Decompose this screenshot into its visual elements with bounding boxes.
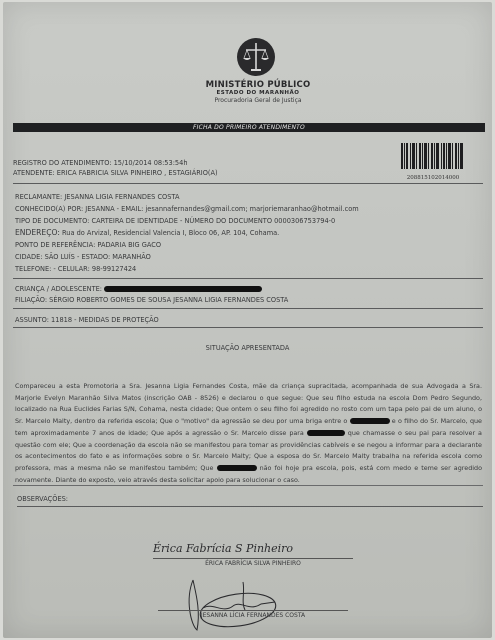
assunto: ASSUNTO: 11818 - MEDIDAS DE PROTEÇÃO bbox=[15, 316, 159, 324]
form-title: FICHA DO PRIMEIRO ATENDIMENTO bbox=[13, 123, 485, 132]
document-page: MINISTÉRIO PÚBLICO ESTADO DO MARANHÃO Pr… bbox=[3, 2, 492, 638]
divider bbox=[13, 485, 483, 486]
divider bbox=[13, 308, 483, 309]
divider bbox=[13, 327, 483, 328]
redacted-name bbox=[350, 418, 390, 424]
org-state: ESTADO DO MARANHÃO bbox=[203, 90, 313, 96]
org-name: MINISTÉRIO PÚBLICO bbox=[203, 80, 313, 90]
conhecido-por: CONHECIDO(A) POR: JESANNA - EMAIL: jesan… bbox=[15, 205, 359, 213]
reclamante: RECLAMANTE: JESANNA LIGIA FERNANDES COST… bbox=[15, 193, 179, 201]
crianca-adolescente: CRIANÇA / ADOLESCENTE: bbox=[15, 285, 262, 293]
barcode-number: 208815102014000 bbox=[398, 175, 468, 181]
reclamante-name: JESANNA LÍCIA FERNANDES COSTA bbox=[158, 612, 348, 619]
redacted-name bbox=[307, 430, 345, 436]
endereco: ENDEREÇO: Rua do Arvizal, Residencial Va… bbox=[15, 228, 279, 237]
tipo-documento: TIPO DE DOCUMENTO: CARTEIRA DE IDENTIDAD… bbox=[15, 217, 335, 225]
atendente-signature: Érica Fabrícia S Pinheiro bbox=[153, 542, 293, 555]
divider bbox=[13, 278, 483, 279]
scales-of-justice-icon bbox=[237, 38, 275, 76]
org-subtitle: Procuradoria Geral de Justiça bbox=[203, 97, 313, 104]
crianca-label: CRIANÇA / ADOLESCENTE: bbox=[15, 285, 102, 293]
endereco-label: ENDEREÇO: bbox=[15, 228, 60, 237]
atendente-name: ÉRICA FABRÍCIA SILVA PINHEIRO bbox=[153, 560, 353, 567]
signature-line bbox=[158, 610, 348, 611]
redacted-name bbox=[217, 465, 257, 471]
telefone: TELEFONE: - CELULAR: 98-99127424 bbox=[15, 265, 136, 273]
barcode bbox=[401, 143, 463, 169]
redacted-name bbox=[104, 286, 262, 292]
observacoes-label: OBSERVAÇÕES: bbox=[17, 495, 68, 503]
divider bbox=[13, 183, 483, 184]
cidade-estado: CIDADE: SÃO LUÍS - ESTADO: MARANHÃO bbox=[15, 253, 151, 261]
situacao-text: Compareceu a esta Promotoria a Sra. Jesa… bbox=[15, 381, 482, 486]
signature-line bbox=[153, 558, 353, 559]
registro-atendimento: REGISTRO DO ATENDIMENTO: 15/10/2014 08:5… bbox=[13, 159, 188, 167]
atendente: ATENDENTE: ERICA FABRICIA SILVA PINHEIRO… bbox=[13, 169, 218, 177]
situacao-title: SITUAÇÃO APRESENTADA bbox=[3, 344, 492, 352]
ponto-referencia: PONTO DE REFERÊNCIA: PADARIA BIG GACO bbox=[15, 241, 161, 249]
endereco-value: Rua do Arvizal, Residencial Valencia I, … bbox=[62, 229, 279, 237]
observacoes-line bbox=[17, 506, 483, 507]
reclamante-signature bbox=[183, 570, 293, 636]
filiacao: FILIAÇÃO: SÉRGIO ROBERTO GOMES DE SOUSA … bbox=[15, 296, 288, 304]
